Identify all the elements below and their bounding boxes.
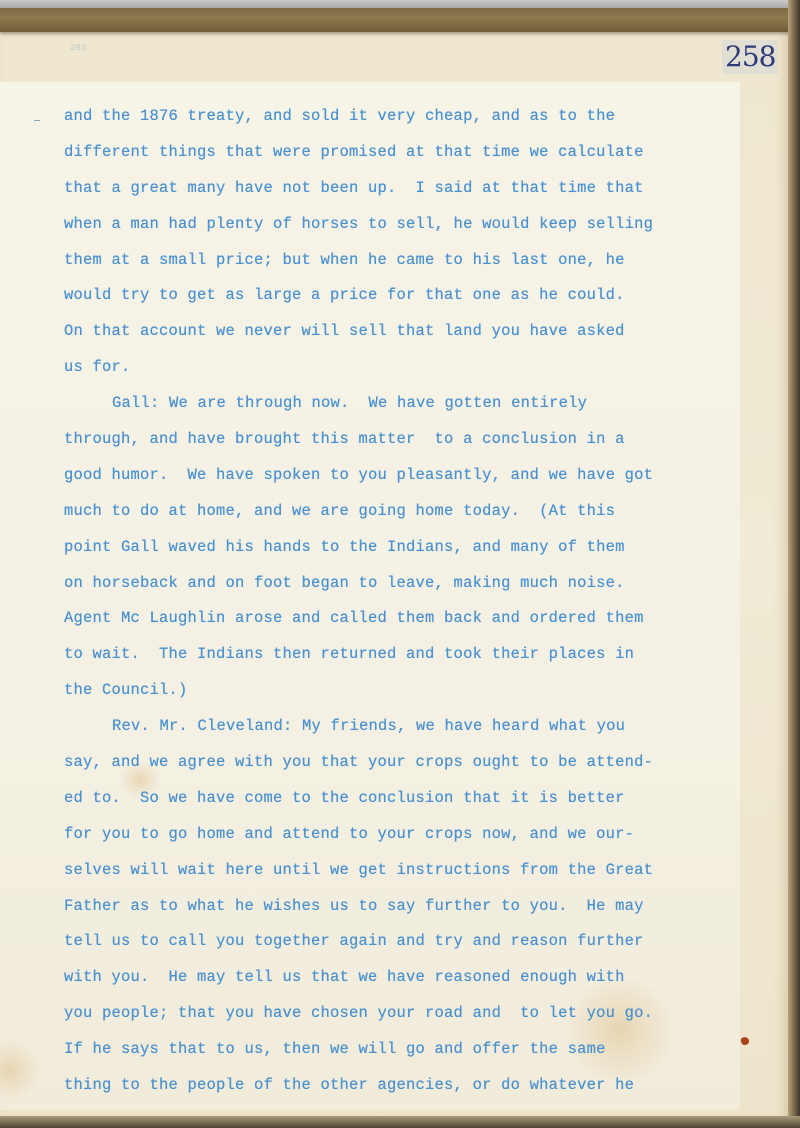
faint-margin-mark: 203 (70, 43, 86, 53)
page-right-edge (788, 0, 800, 1128)
speaker-paragraph-gall: Gall: We are through now. We have gotten… (64, 391, 764, 427)
text-line: that a great many have not been up. I sa… (64, 176, 764, 212)
typewritten-body: and the 1876 treaty, and sold it very ch… (64, 104, 764, 1109)
margin-tick-mark (34, 120, 40, 121)
text-line: them at a small price; but when he came … (64, 248, 764, 284)
text-line: the Council.) (64, 678, 764, 714)
speaker-paragraph-cleveland: Rev. Mr. Cleveland: My friends, we have … (64, 714, 764, 750)
text-line: and the 1876 treaty, and sold it very ch… (64, 104, 764, 140)
text-line: us for. (64, 355, 764, 391)
page-number: 258 (722, 40, 778, 74)
text-line: Father as to what he wishes us to say fu… (64, 894, 764, 930)
text-line: to wait. The Indians then returned and t… (64, 642, 764, 678)
text-line: you people; that you have chosen your ro… (64, 1001, 764, 1037)
text-line: much to do at home, and we are going hom… (64, 499, 764, 535)
text-line: would try to get as large a price for th… (64, 283, 764, 319)
scanned-document: 203 258 and the 1876 treaty, and sold it… (0, 0, 800, 1128)
text-line: with you. He may tell us that we have re… (64, 965, 764, 1001)
text-line: tell us to call you together again and t… (64, 929, 764, 965)
text-line: Agent Mc Laughlin arose and called them … (64, 606, 764, 642)
page-bottom-edge (0, 1116, 800, 1128)
text-line: for you to go home and attend to your cr… (64, 822, 764, 858)
text-line: selves will wait here until we get instr… (64, 858, 764, 894)
text-line: point Gall waved his hands to the Indian… (64, 535, 764, 571)
text-line: ed to. So we have come to the conclusion… (64, 786, 764, 822)
text-line: say, and we agree with you that your cro… (64, 750, 764, 786)
text-line: different things that were promised at t… (64, 140, 764, 176)
text-line: thing to the people of the other agencie… (64, 1073, 764, 1109)
text-line: on horseback and on foot began to leave,… (64, 571, 764, 607)
text-line: good humor. We have spoken to you pleasa… (64, 463, 764, 499)
text-line: If he says that to us, then we will go a… (64, 1037, 764, 1073)
text-line: through, and have brought this matter to… (64, 427, 764, 463)
text-line: when a man had plenty of horses to sell,… (64, 212, 764, 248)
text-line: On that account we never will sell that … (64, 319, 764, 355)
book-binding-edge (0, 8, 800, 32)
